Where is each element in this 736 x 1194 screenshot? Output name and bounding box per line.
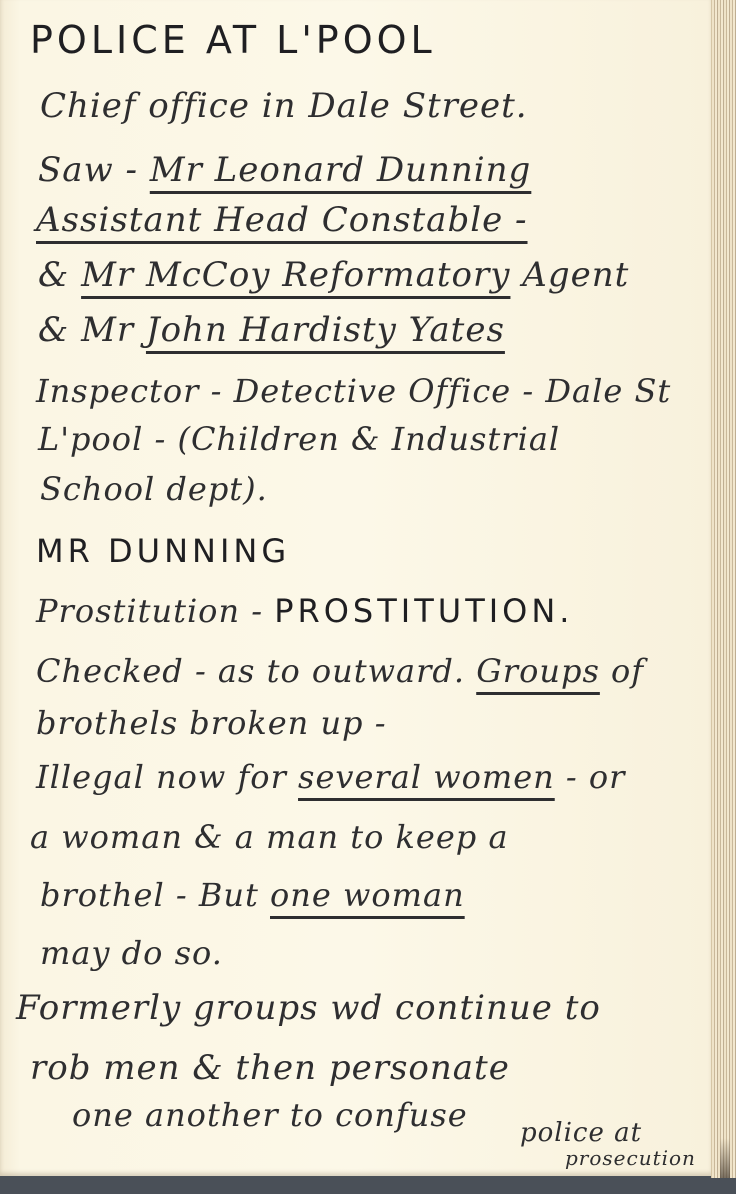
text-span: brothel - But (40, 876, 270, 914)
text-line: School dept). (40, 470, 268, 508)
underlined-name: Mr Leonard Dunning (150, 150, 532, 190)
text-span: Agent (510, 255, 629, 295)
text-line: Illegal now for several women - or (36, 758, 625, 796)
text-span: & (38, 255, 81, 295)
text-line: prosecution (565, 1146, 696, 1170)
underlined-word: several women (298, 758, 555, 796)
text-line: police at (520, 1118, 642, 1148)
text-line: a woman & a man to keep a (30, 818, 509, 856)
underlined-name: Mr McCoy Reformatory (81, 255, 510, 295)
prostitution-caps: PROSTITUTION. (274, 592, 573, 630)
text-span: - or (555, 758, 626, 796)
edge-shadow (720, 1138, 730, 1178)
text-line: Prostitution - PROSTITUTION. (36, 592, 573, 630)
text-line: & Mr McCoy Reformatory Agent (38, 255, 629, 295)
text-line: Saw - Mr Leonard Dunning (38, 150, 531, 190)
text-span: Prostitution - (36, 592, 274, 630)
heading-police-at-lpool: POLICE AT L'POOL (30, 18, 436, 62)
text-line: brothel - But one woman (40, 876, 465, 914)
text-line: Assistant Head Constable - (36, 200, 528, 240)
text-line: Chief office in Dale Street. (40, 86, 528, 126)
underlined-word: Groups (476, 652, 600, 690)
text-span: Checked - as to outward. (36, 652, 476, 690)
text-line: may do so. (40, 934, 223, 972)
page-edges (711, 0, 736, 1178)
notebook-page: POLICE AT L'POOL Chief office in Dale St… (0, 0, 712, 1176)
text-line: Formerly groups wd continue to (16, 988, 601, 1028)
text-span: & Mr (38, 310, 146, 350)
heading-mr-dunning: MR DUNNING (36, 532, 290, 570)
text-line: L'pool - (Children & Industrial (38, 420, 560, 458)
underlined-word: one woman (270, 876, 465, 914)
text-line: rob men & then personate (30, 1048, 510, 1088)
text-line: & Mr John Hardisty Yates (38, 310, 505, 350)
text-line: one another to confuse (72, 1096, 468, 1134)
text-line: brothels broken up - (36, 704, 387, 742)
text-line: Inspector - Detective Office - Dale St (36, 372, 671, 410)
text-span: Saw - (38, 150, 150, 190)
underlined-name: John Hardisty Yates (146, 310, 505, 350)
text-line: Checked - as to outward. Groups of (36, 652, 644, 690)
text-span: Illegal now for (36, 758, 298, 796)
text-span: of (600, 652, 644, 690)
